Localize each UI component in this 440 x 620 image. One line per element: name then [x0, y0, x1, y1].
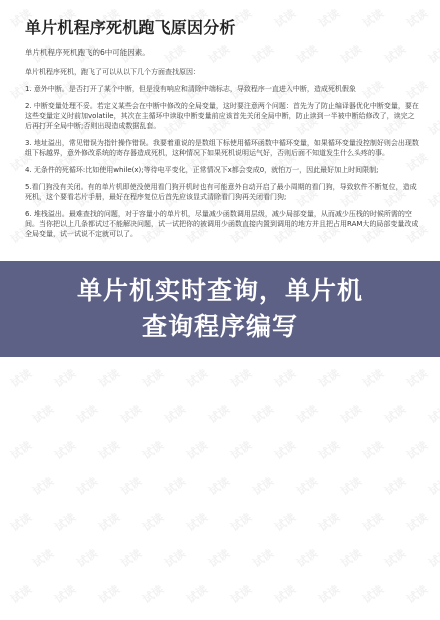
banner-title-line-1: 单片机实时查询，单片机 [77, 273, 363, 309]
watermark-text: 试读 [249, 473, 276, 499]
watermark-text: 试读 [117, 473, 144, 499]
watermark-text: 试读 [249, 545, 276, 571]
watermark-text: 试读 [139, 437, 166, 463]
watermark-text: 试读 [95, 581, 122, 607]
watermark-text: 试读 [7, 581, 34, 607]
watermark-text: 试读 [359, 437, 386, 463]
watermark-text: 试读 [227, 581, 254, 607]
watermark-text: 试读 [315, 365, 342, 391]
watermark-text: 试读 [29, 473, 56, 499]
watermark-text: 试读 [359, 365, 386, 391]
watermark-text: 试读 [139, 581, 166, 607]
document-preview: 单片机程序死机跑飞原因分析 单片机程序死机跑飞的6中可能因素。 单片机程序死机，… [25, 18, 420, 246]
watermark-text: 试读 [51, 365, 78, 391]
watermark-text: 试读 [227, 437, 254, 463]
watermark-text: 试读 [271, 581, 298, 607]
watermark-text: 试读 [117, 545, 144, 571]
watermark-text: 试读 [425, 41, 440, 67]
document-paragraph: 2. 中断变量处理不妥。若定义某些会在中断中修改的全局变量，这时要注意两个问题：… [25, 101, 420, 131]
watermark-text: 试读 [139, 365, 166, 391]
watermark-text: 试读 [425, 401, 440, 427]
watermark-text: 试读 [95, 365, 122, 391]
watermark-text: 试读 [227, 365, 254, 391]
watermark-text: 试读 [183, 365, 210, 391]
watermark-text: 试读 [293, 401, 320, 427]
watermark-text: 试读 [7, 437, 34, 463]
watermark-text: 试读 [315, 581, 342, 607]
watermark-text: 试读 [293, 545, 320, 571]
watermark-text: 试读 [271, 509, 298, 535]
watermark-text: 试读 [73, 401, 100, 427]
watermark-text: 试读 [425, 185, 440, 211]
watermark-text: 试读 [425, 473, 440, 499]
watermark-text: 试读 [381, 473, 408, 499]
watermark-text: 试读 [359, 509, 386, 535]
watermark-text: 试读 [271, 365, 298, 391]
watermark-text: 试读 [205, 473, 232, 499]
watermark-text: 试读 [205, 401, 232, 427]
watermark-text: 试读 [337, 545, 364, 571]
watermark-text: 试读 [117, 401, 144, 427]
document-paragraph: 6. 堆栈溢出。最难查找的问题，对于容量小的单片机，尽量减少函数调用层级，减少局… [25, 209, 420, 239]
document-paragraph: 4. 无条件的死循环:比如使用while(x);等待电平变化，正常情况下x都会变… [25, 165, 420, 175]
watermark-text: 试读 [161, 473, 188, 499]
watermark-text: 试读 [403, 437, 430, 463]
document-paragraph: 3. 地址溢出，常见错误为指针操作错误。我要着重说的是数组下标使用循环函数中循环… [25, 138, 420, 158]
watermark-text: 试读 [315, 509, 342, 535]
document-paragraph: 单片机程序死机，跑飞了可以从以下几个方面查找原因： [25, 67, 420, 77]
watermark-text: 试读 [73, 473, 100, 499]
watermark-text: 试读 [183, 509, 210, 535]
watermark-text: 试读 [337, 473, 364, 499]
watermark-text: 试读 [205, 545, 232, 571]
watermark-text: 试读 [51, 581, 78, 607]
watermark-text: 试读 [7, 365, 34, 391]
watermark-text: 试读 [337, 401, 364, 427]
title-banner: 单片机实时查询，单片机 查询程序编写 [0, 261, 440, 357]
watermark-text: 试读 [51, 437, 78, 463]
watermark-text: 试读 [381, 545, 408, 571]
watermark-text: 试读 [29, 401, 56, 427]
watermark-text: 试读 [403, 581, 430, 607]
watermark-text: 试读 [183, 437, 210, 463]
watermark-text: 试读 [403, 365, 430, 391]
watermark-text: 试读 [249, 401, 276, 427]
watermark-text: 试读 [271, 437, 298, 463]
document-paragraph: 单片机程序死机跑飞的6中可能因素。 [25, 48, 420, 58]
watermark-text: 试读 [425, 545, 440, 571]
watermark-text: 试读 [7, 509, 34, 535]
watermark-text: 试读 [227, 509, 254, 535]
watermark-text: 试读 [95, 437, 122, 463]
watermark-text: 试读 [95, 509, 122, 535]
watermark-text: 试读 [359, 581, 386, 607]
watermark-text: 试读 [403, 509, 430, 535]
watermark-text: 试读 [29, 545, 56, 571]
watermark-text: 试读 [51, 509, 78, 535]
banner-title-line-2: 查询程序编写 [142, 309, 298, 345]
watermark-text: 试读 [381, 401, 408, 427]
watermark-text: 试读 [161, 401, 188, 427]
watermark-text: 试读 [315, 437, 342, 463]
watermark-text: 试读 [139, 509, 166, 535]
watermark-text: 试读 [161, 545, 188, 571]
watermark-text: 试读 [183, 581, 210, 607]
watermark-text: 试读 [293, 473, 320, 499]
document-paragraph: 5.看门狗没有关闭。有的单片机即使没使用看门狗开机时也有可能意外自动开启了最小周… [25, 182, 420, 202]
document-title: 单片机程序死机跑飞原因分析 [25, 18, 420, 38]
watermark-text: 试读 [73, 545, 100, 571]
watermark-text: 试读 [425, 113, 440, 139]
document-paragraph: 1. 意外中断。是否打开了某个中断，但是没有响应和清除中端标志，导致程序一直进入… [25, 84, 420, 94]
